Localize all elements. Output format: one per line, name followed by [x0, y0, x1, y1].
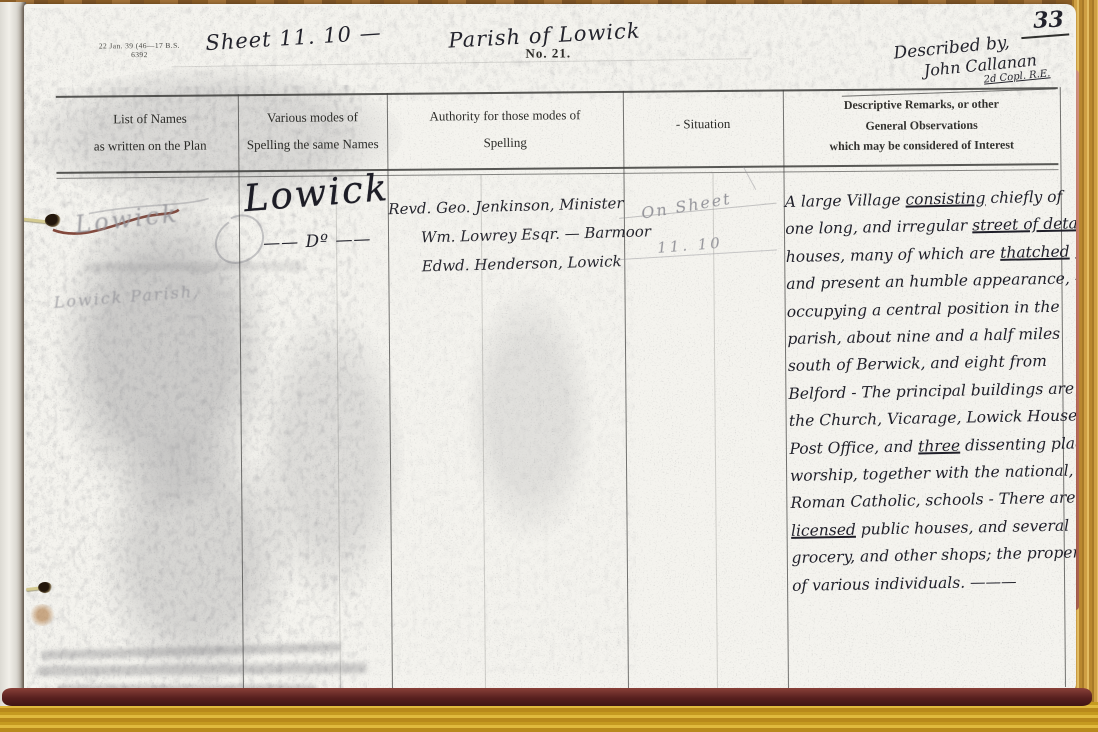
- plan-name-faint: Lowick: [74, 199, 181, 239]
- situation-line: On Sheet: [640, 189, 733, 223]
- header-smudge-line: [172, 58, 752, 67]
- column-header-line: which may be considered of Interest: [783, 134, 1060, 157]
- spelling-main: Lowick: [242, 166, 390, 220]
- pencil-rule: [743, 167, 756, 190]
- binding-hole: [38, 582, 52, 593]
- column-header-line: General Observations: [783, 114, 1060, 137]
- column-divider: [623, 91, 630, 691]
- column-header-line: List of Names: [62, 104, 238, 133]
- page-content: 22 Jan. 39 (46—17 B.S. 6392 Sheet 11. 10…: [24, 4, 1076, 692]
- ink-stain: [28, 604, 56, 626]
- form-reference-stamp: 22 Jan. 39 (46—17 B.S. 6392: [79, 41, 199, 60]
- column-header-line: Spelling: [387, 128, 623, 157]
- column-header-line: as written on the Plan: [62, 131, 238, 160]
- column-header-line: Descriptive Remarks, or other: [783, 93, 1060, 116]
- column-header-line: Various modes of: [238, 103, 387, 131]
- header-bottom-rule: [56, 163, 1058, 174]
- column-header-authority: Authority for those modes of Spelling: [387, 101, 623, 157]
- book-cover-edge-bottom: [2, 688, 1092, 706]
- column-header-line: - Situation: [623, 109, 783, 137]
- ghost-text-smudge: [41, 643, 341, 660]
- ghost-text-smudge: [37, 663, 367, 676]
- column-header-line: Spelling the same Names: [238, 130, 387, 158]
- remarks-line: grocery, and other shops; the property: [791, 540, 1076, 573]
- remarks-text: A large Village consisting chiefly ofone…: [784, 184, 1076, 601]
- column-header-spellings: Various modes of Spelling the same Names: [238, 103, 387, 158]
- page-number-underline: [1021, 33, 1069, 39]
- authority-list: Revd. Geo. Jenkinson, Minister Wm. Lowre…: [388, 188, 652, 282]
- column-header-names: List of Names as written on the Plan: [62, 104, 238, 160]
- column-header-situation: - Situation: [623, 109, 783, 137]
- column-header-line: Authority for those modes of: [387, 101, 623, 130]
- faint-fold-line: [335, 176, 341, 692]
- previous-page-edge: [0, 2, 26, 706]
- page-number: 33: [1033, 7, 1065, 34]
- column-header-remarks: Descriptive Remarks, or other General Ob…: [783, 93, 1061, 157]
- authority-entry: Edwd. Henderson, Lowick: [389, 246, 652, 282]
- name-book-page: 22 Jan. 39 (46—17 B.S. 6392 Sheet 11. 10…: [24, 4, 1076, 692]
- ghost-text-smudge: [83, 262, 303, 272]
- remarks-line: of various individuals. ———: [792, 567, 1076, 600]
- wood-table-surface-bottom: [0, 702, 1098, 732]
- scanned-book-scene: 22 Jan. 39 (46—17 B.S. 6392 Sheet 11. 10…: [0, 0, 1098, 732]
- spelling-ditto: —— Dº ——: [263, 229, 372, 254]
- plan-name-faint-secondary: Lowick Parish,: [53, 282, 201, 312]
- sheet-number: Sheet 11. 10 —: [205, 20, 382, 55]
- stamp-line: 6392: [79, 50, 199, 60]
- binding-hole: [45, 214, 61, 227]
- printed-form-number: No. 21.: [525, 45, 571, 61]
- smudge-blob: [254, 305, 407, 606]
